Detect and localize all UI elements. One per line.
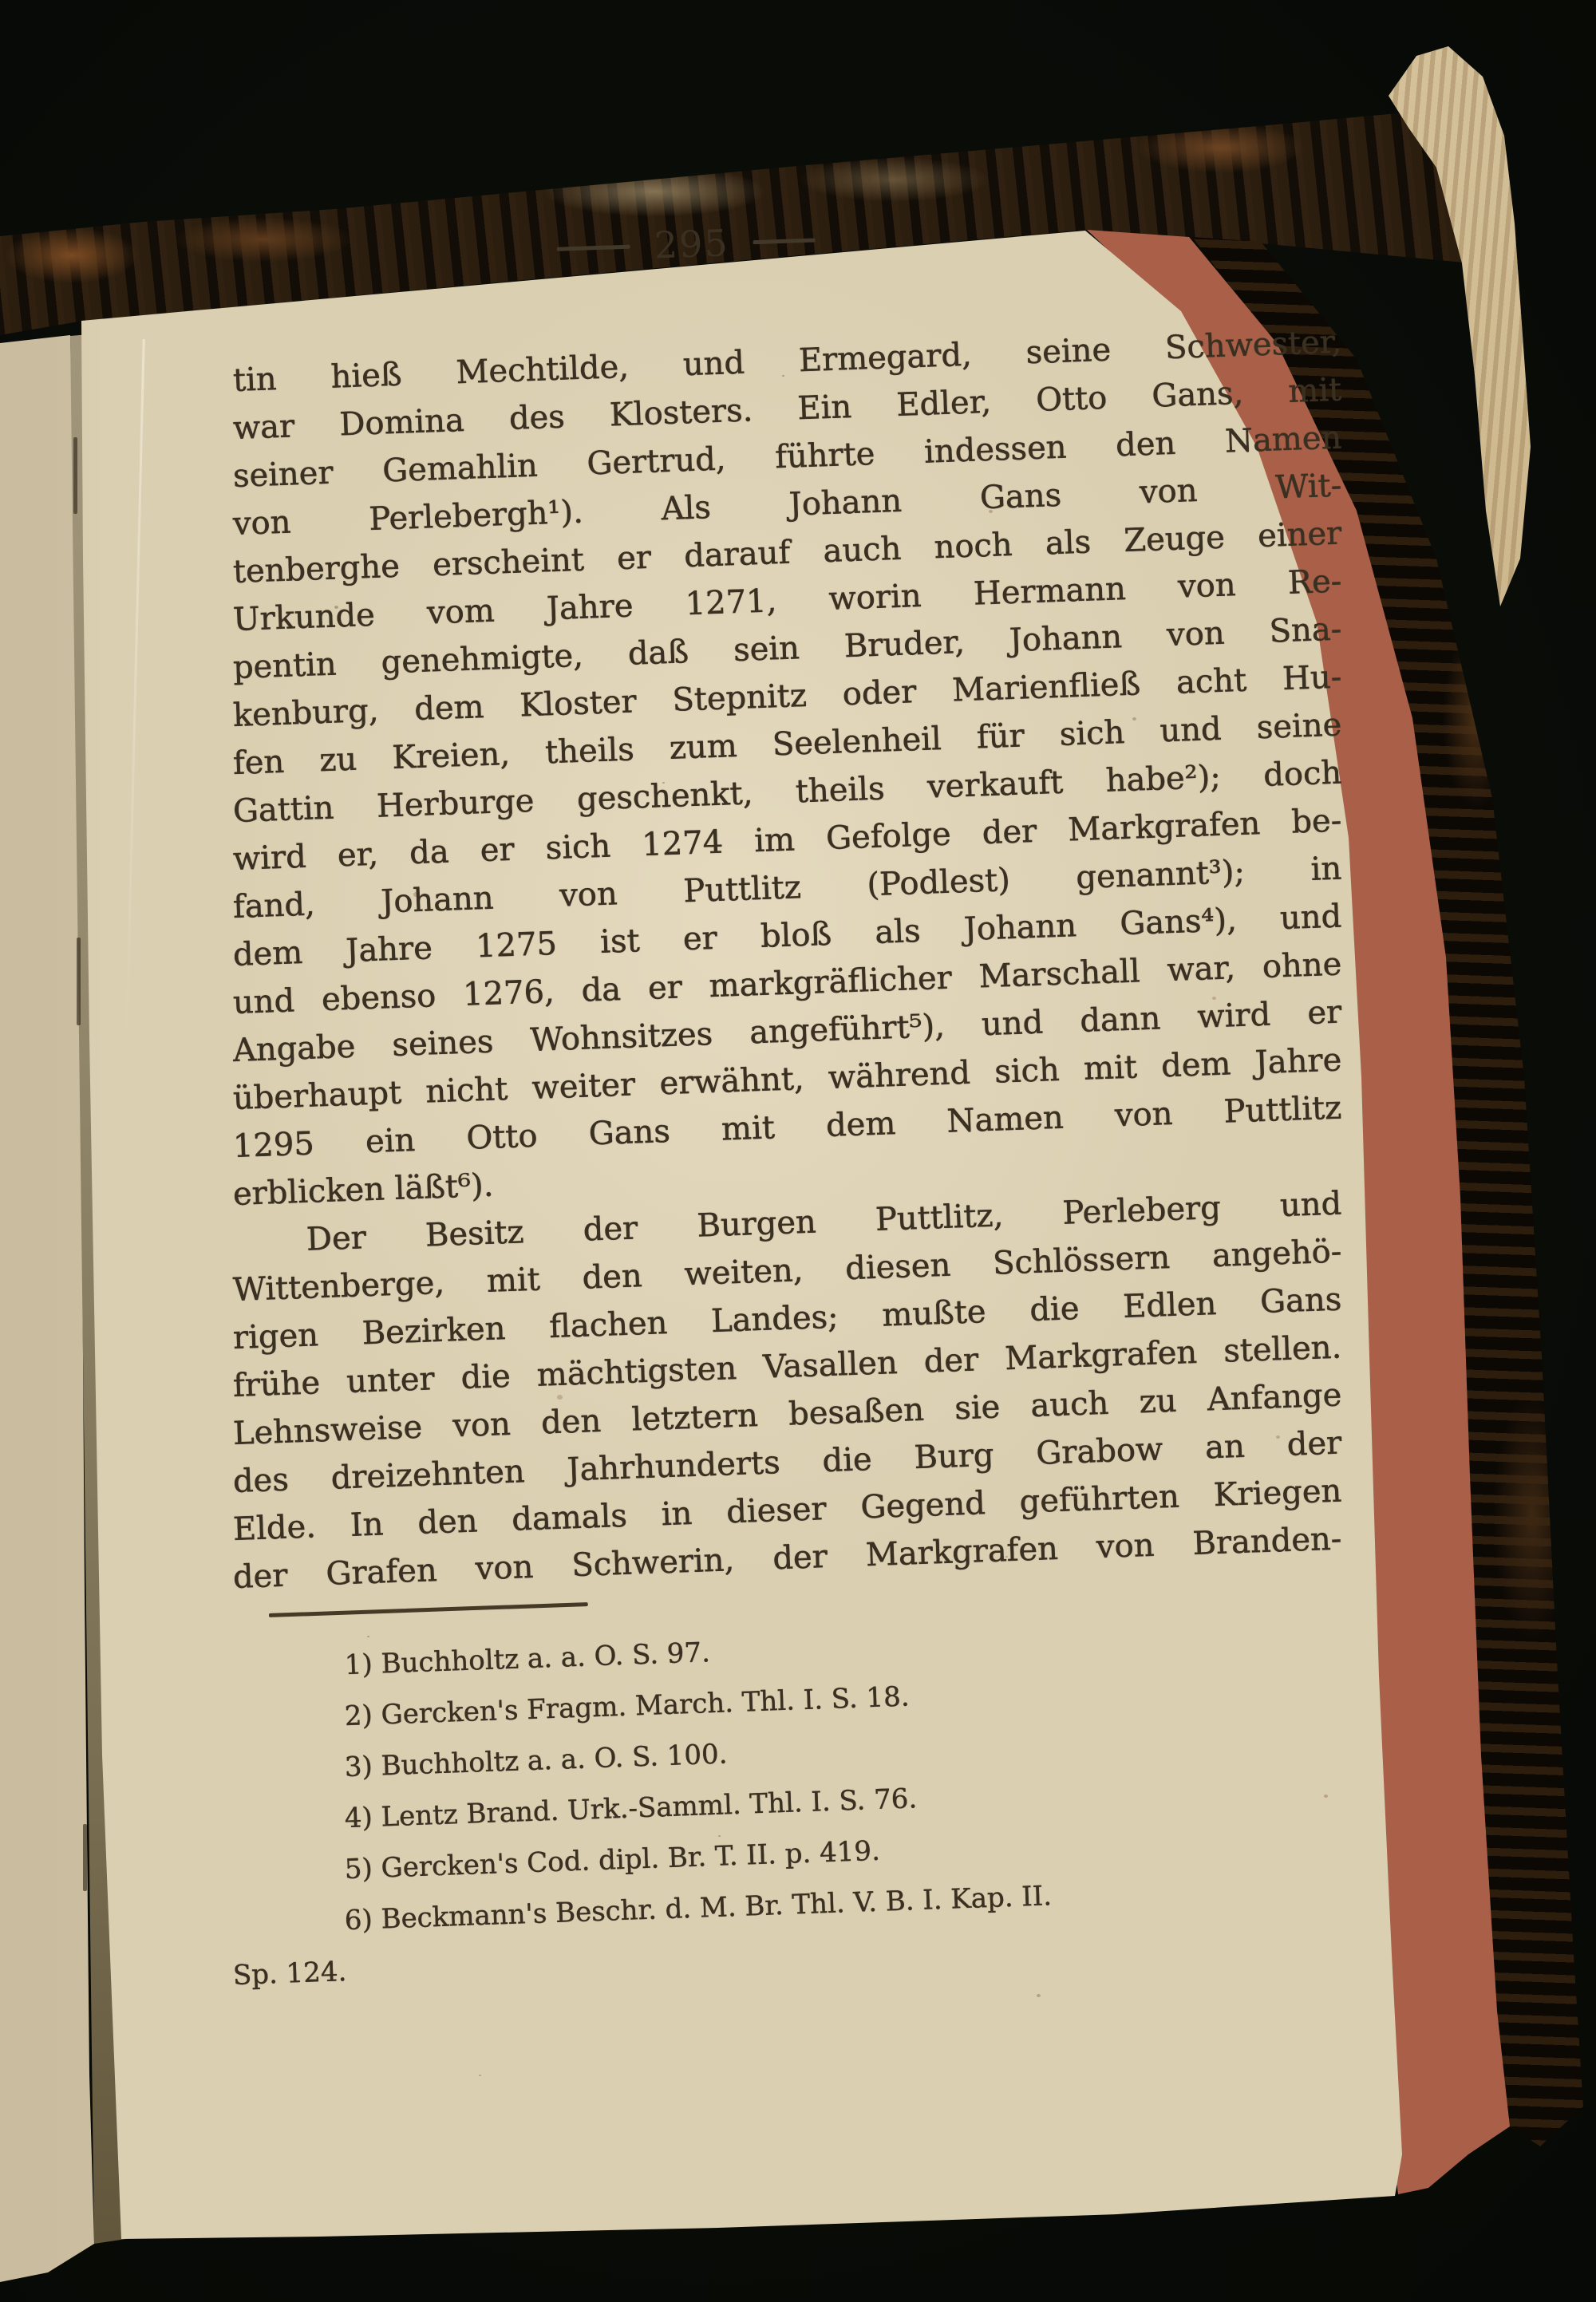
header-rule-left <box>557 244 630 251</box>
book-scan-photo: 295 tin hieß Mechtilde, und Ermegard, se… <box>0 0 1596 2302</box>
body-text: tin hieß Mechtilde, und Ermegard, seine … <box>233 357 1342 1601</box>
gutter-mark <box>73 437 77 514</box>
page-content: 295 tin hieß Mechtilde, und Ermegard, se… <box>233 241 1342 2001</box>
footnotes: 1) Buchholtz a. a. O. S. 97.2) Gercken's… <box>233 1644 1342 2001</box>
footnote-separator <box>269 1602 588 1617</box>
paper-crease <box>125 339 144 1041</box>
page-number: 295 <box>654 223 729 264</box>
paper-speckles <box>0 0 2 2</box>
header-rule-right <box>753 238 815 244</box>
gutter-mark <box>83 1824 87 1891</box>
gutter-mark <box>77 938 81 1025</box>
